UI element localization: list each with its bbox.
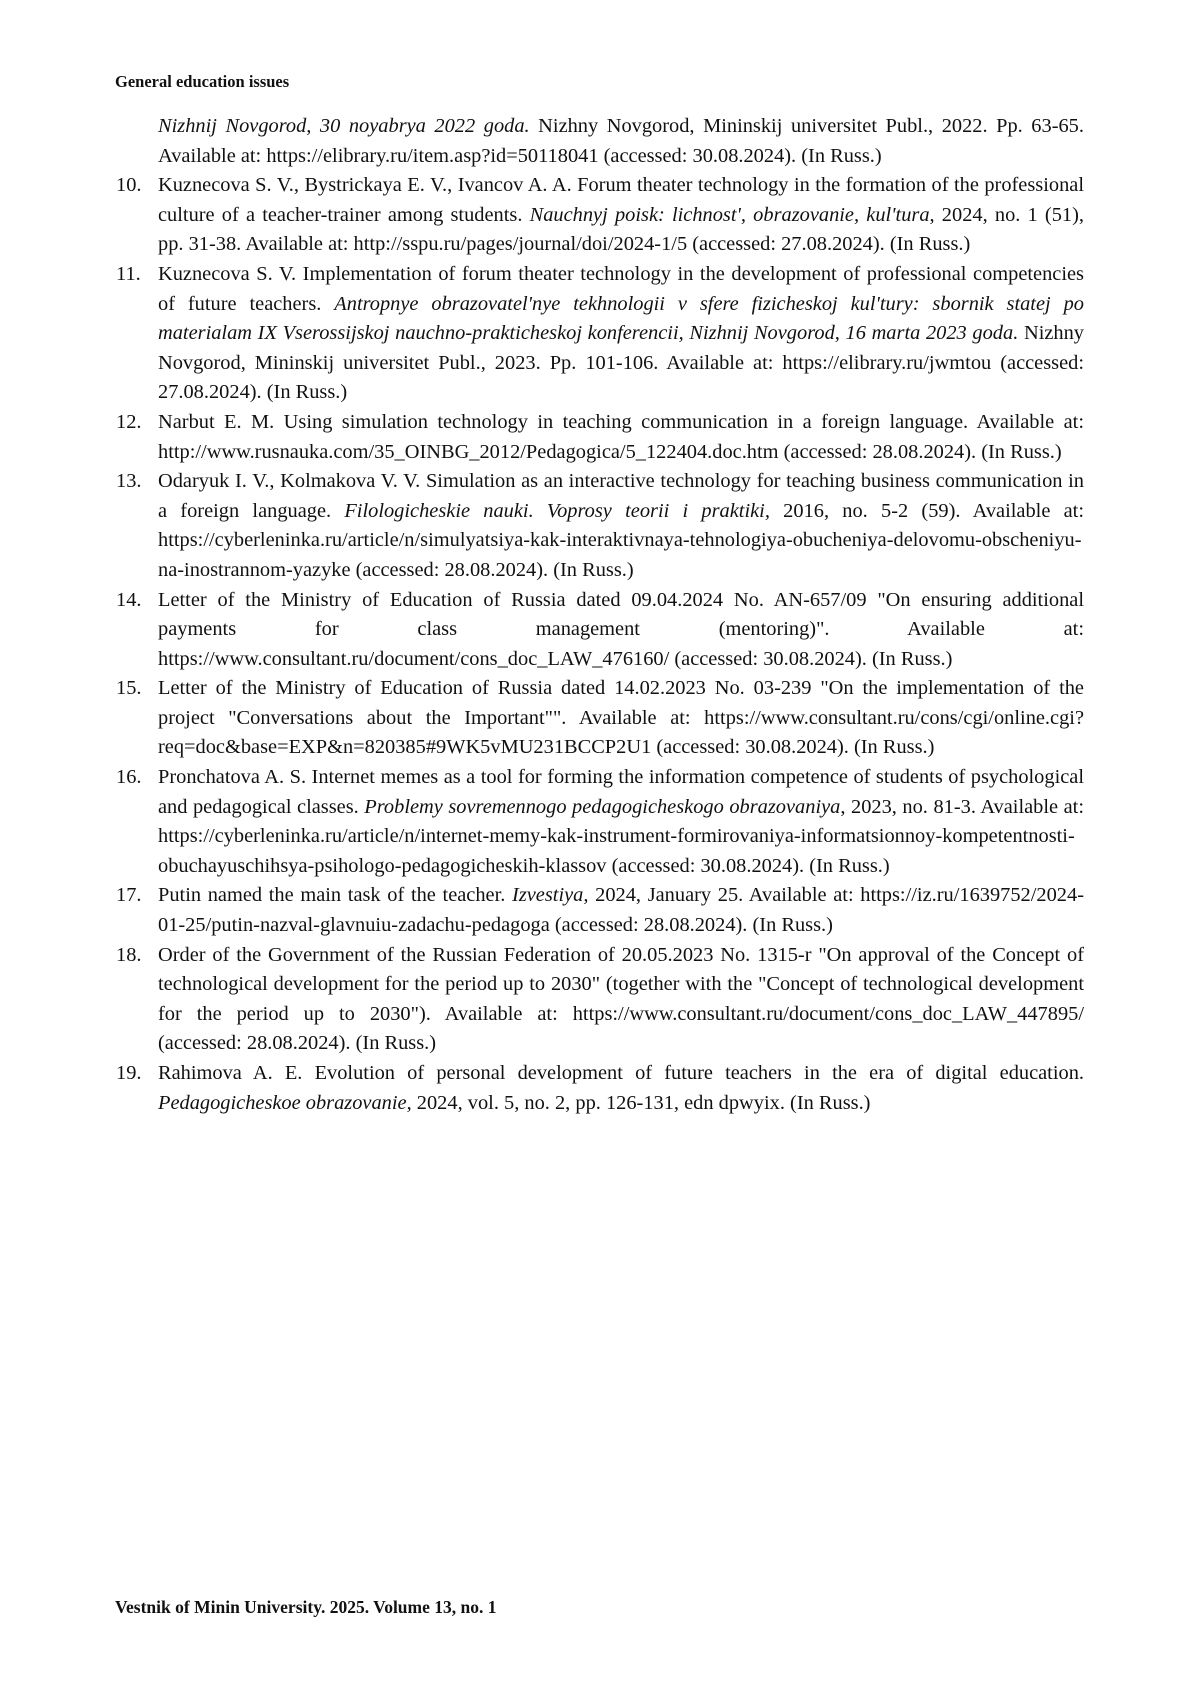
reference-text: Putin named the main task of the teacher… [158, 881, 1084, 940]
reference-list: Nizhnij Novgorod, 30 noyabrya 2022 goda.… [116, 112, 1084, 1118]
reference-text: Kuznecova S. V., Bystrickaya E. V., Ivan… [158, 171, 1084, 260]
reference-segment: 2024, vol. 5, no. 2, pp. 126-131, edn dp… [412, 1092, 871, 1114]
reference-item: 18.Order of the Government of the Russia… [116, 941, 1084, 1059]
reference-source-title: Izvestiya, [512, 884, 588, 906]
reference-item: 16.Pronchatova A. S. Internet memes as a… [116, 763, 1084, 881]
reference-number: 10. [116, 171, 142, 201]
reference-item: 19.Rahimova A. E. Evolution of personal … [116, 1059, 1084, 1118]
reference-text: Narbut E. M. Using simulation technology… [158, 408, 1084, 467]
reference-number: 12. [116, 408, 142, 438]
reference-segment: Order of the Government of the Russian F… [158, 944, 1084, 1055]
reference-text: Letter of the Ministry of Education of R… [158, 674, 1084, 763]
reference-text: Rahimova A. E. Evolution of personal dev… [158, 1059, 1084, 1118]
reference-segment: Rahimova A. E. Evolution of personal dev… [158, 1062, 1084, 1084]
reference-item: 11.Kuznecova S. V. Implementation of for… [116, 260, 1084, 408]
reference-source-title: Pedagogicheskoe obrazovanie, [158, 1092, 412, 1114]
reference-segment: Narbut E. M. Using simulation technology… [158, 411, 1084, 463]
reference-segment: Letter of the Ministry of Education of R… [158, 589, 1084, 670]
journal-footer: Vestnik of Minin University. 2025. Volum… [115, 1597, 497, 1618]
reference-item: 14.Letter of the Ministry of Education o… [116, 586, 1084, 675]
reference-number: 16. [116, 763, 142, 793]
reference-number: 18. [116, 941, 142, 971]
reference-item: 13.Odaryuk I. V., Kolmakova V. V. Simula… [116, 467, 1084, 585]
reference-text: Letter of the Ministry of Education of R… [158, 586, 1084, 675]
reference-text: Kuznecova S. V. Implementation of forum … [158, 260, 1084, 408]
reference-number: 19. [116, 1059, 142, 1089]
reference-text: Odaryuk I. V., Kolmakova V. V. Simulatio… [158, 467, 1084, 585]
reference-number: 13. [116, 467, 142, 497]
reference-item: 12.Narbut E. M. Using simulation technol… [116, 408, 1084, 467]
reference-number: 17. [116, 881, 142, 911]
reference-segment: Letter of the Ministry of Education of R… [158, 677, 1084, 758]
reference-number: 15. [116, 674, 142, 704]
reference-source-title: Filologicheskie nauki. Voprosy teorii i … [344, 500, 770, 522]
reference-number: 14. [116, 586, 142, 616]
reference-item: 15.Letter of the Ministry of Education o… [116, 674, 1084, 763]
reference-text: Pronchatova A. S. Internet memes as a to… [158, 763, 1084, 881]
reference-source-title: Problemy sovremennogo pedagogicheskogo o… [364, 796, 840, 818]
running-header: General education issues [115, 72, 289, 92]
reference-item: 17.Putin named the main task of the teac… [116, 881, 1084, 940]
reference-segment: Putin named the main task of the teacher… [158, 884, 512, 906]
reference-text: Order of the Government of the Russian F… [158, 941, 1084, 1059]
reference-source-title: Nauchnyj poisk: lichnost', obrazovanie, … [530, 204, 930, 226]
reference-source-title: Nizhnij Novgorod, 30 noyabrya 2022 goda. [158, 115, 530, 137]
reference-number: 11. [116, 260, 141, 290]
reference-continuation: Nizhnij Novgorod, 30 noyabrya 2022 goda.… [116, 112, 1084, 171]
reference-item: 10.Kuznecova S. V., Bystrickaya E. V., I… [116, 171, 1084, 260]
reference-text: Nizhnij Novgorod, 30 noyabrya 2022 goda.… [158, 112, 1084, 171]
